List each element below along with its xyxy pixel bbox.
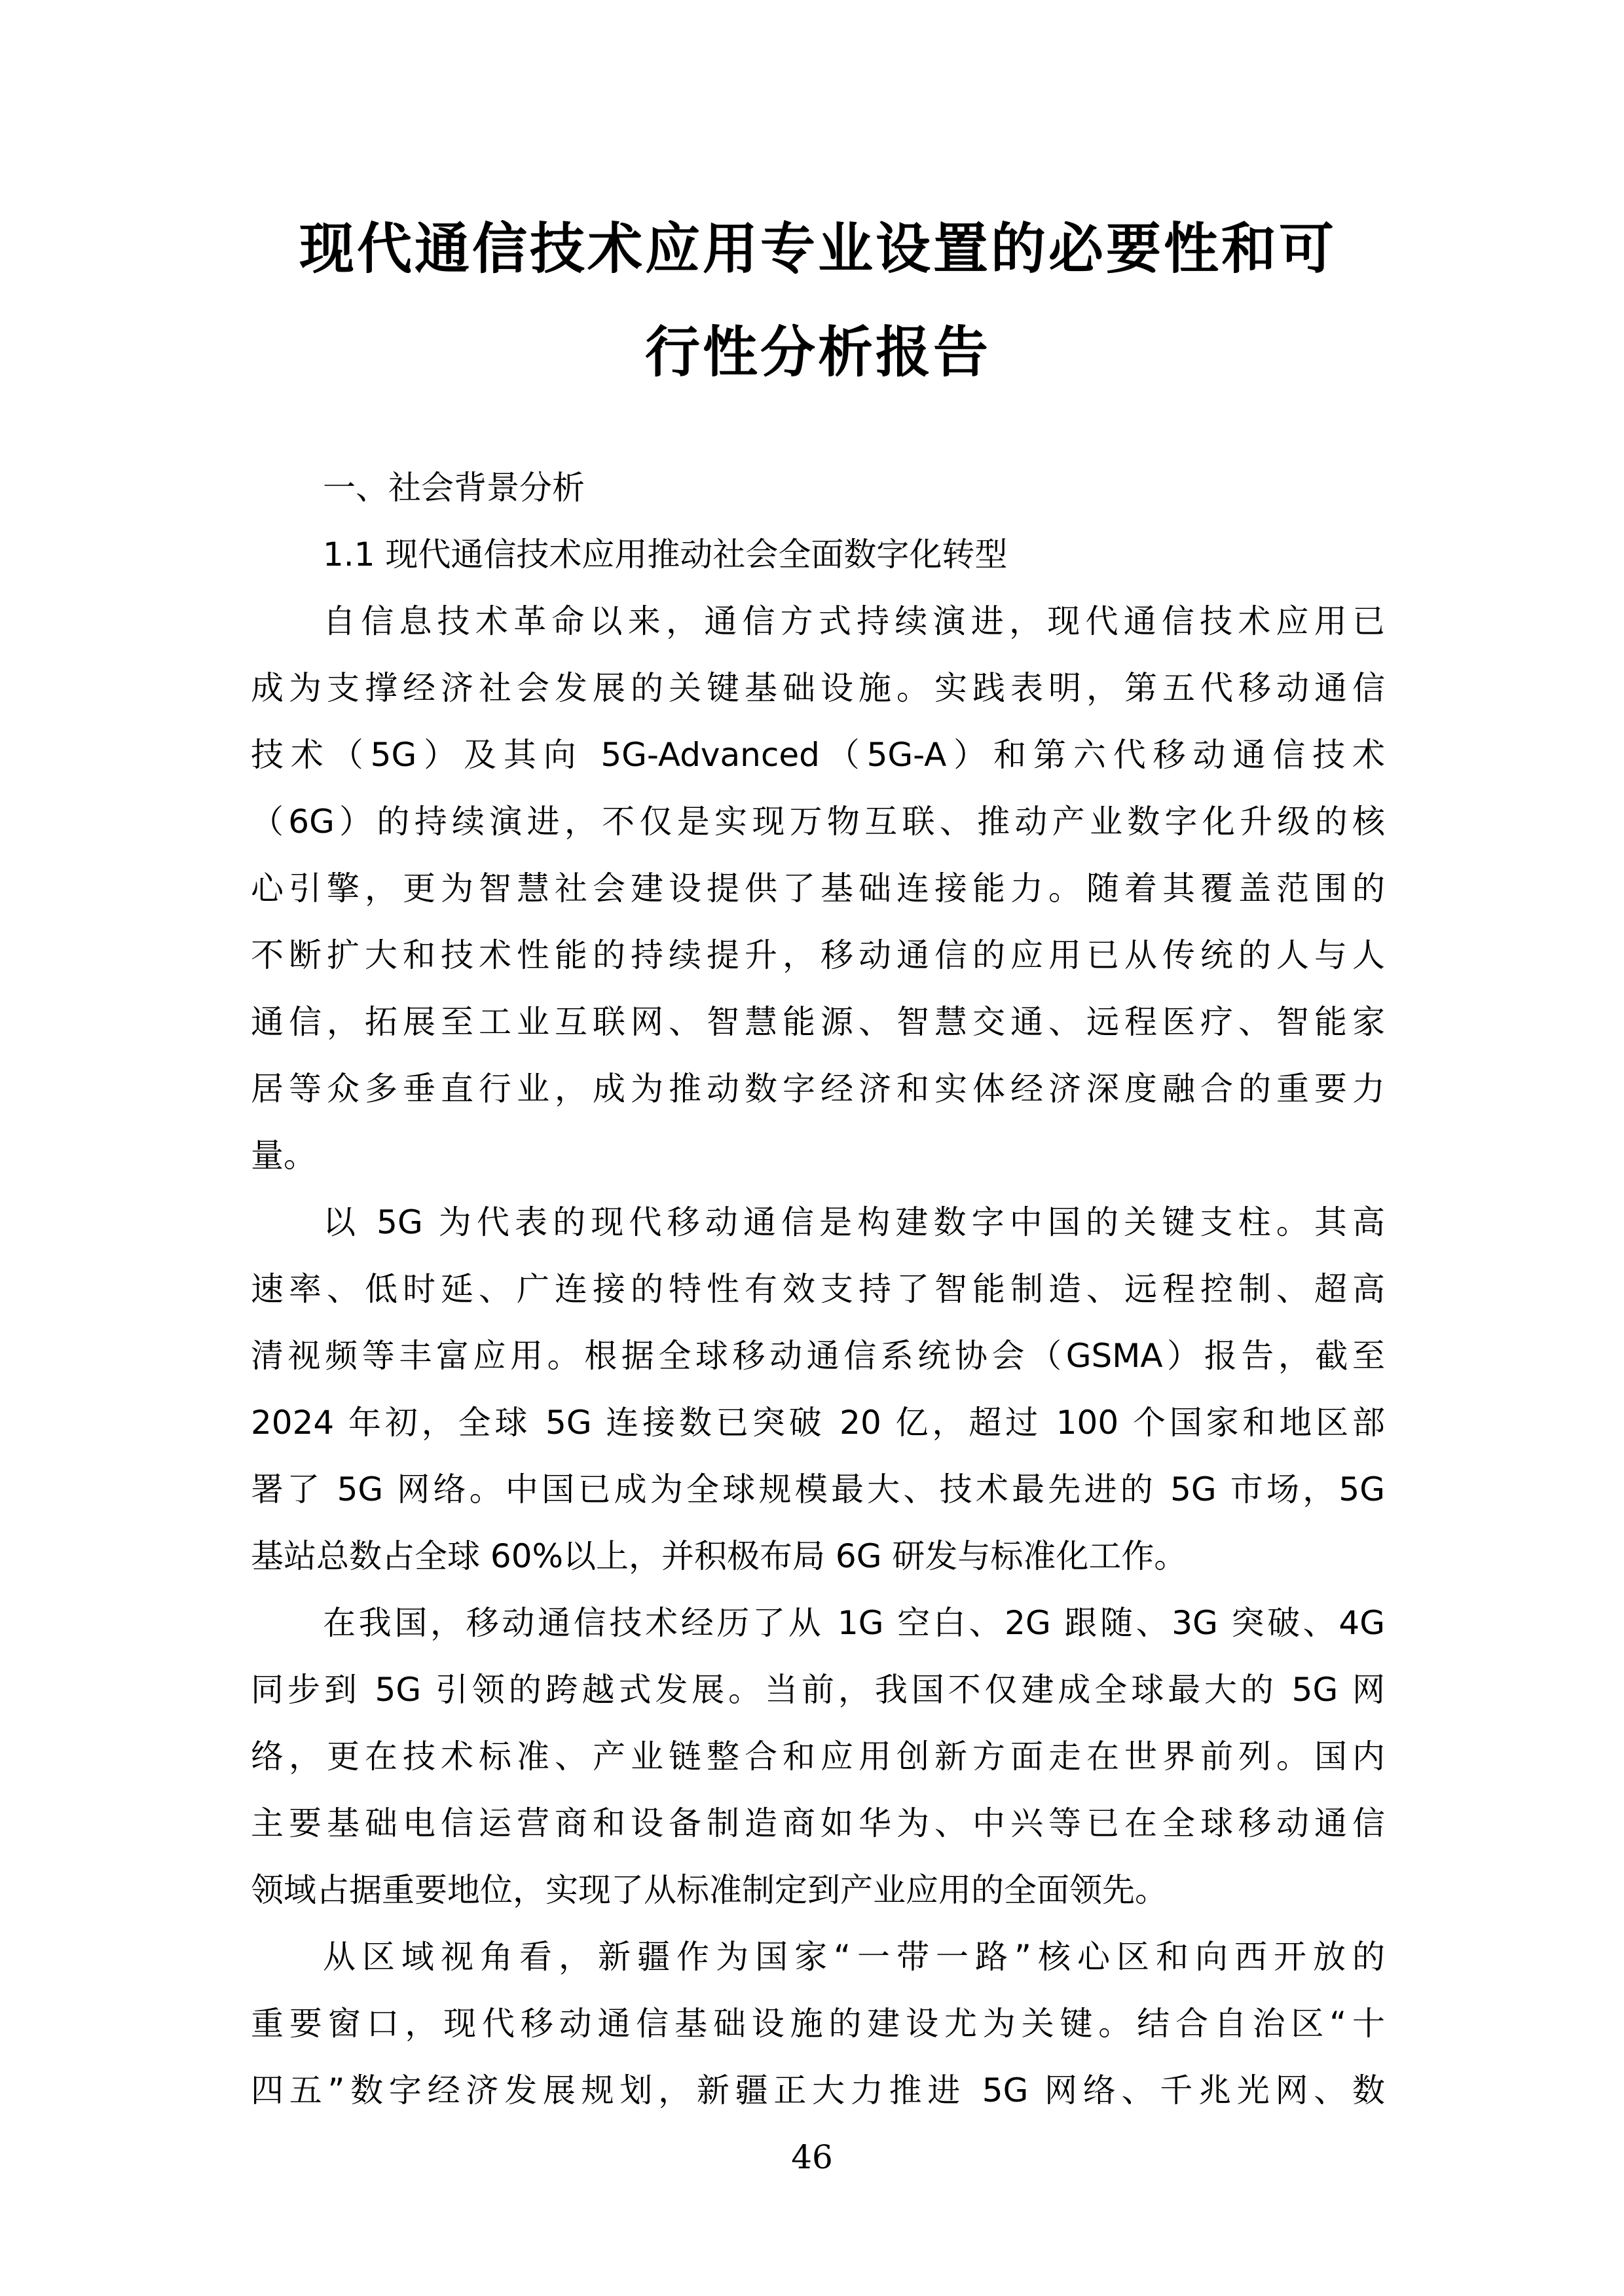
section-heading: 一、社会背景分析 — [251, 468, 1385, 507]
paragraph-3-line-1: 在我国，移动通信技术经历了从 1G 空白、2G 跟随、3G 突破、4G — [251, 1603, 1385, 1643]
paragraph-1-line-1: 自信息技术革命以来，通信方式持续演进，现代通信技术应用已 — [251, 602, 1385, 641]
paragraph-2-line-1: 以 5G 为代表的现代移动通信是构建数字中国的关键支柱。其高 — [251, 1203, 1385, 1242]
paragraph-2-line-2: 速率、低时延、广连接的特性有效支持了智能制造、远程控制、超高 — [251, 1269, 1385, 1309]
paragraph-1-line-4: （6G）的持续演进，不仅是实现万物互联、推动产业数字化升级的核 — [251, 802, 1385, 841]
paragraph-3-line-4: 主要基础电信运营商和设备制造商如华为、中兴等已在全球移动通信 — [251, 1804, 1385, 1843]
paragraph-1-line-6: 不断扩大和技术性能的持续提升，移动通信的应用已从传统的人与人 — [251, 936, 1385, 975]
paragraph-1-line-9: 量。 — [251, 1136, 1385, 1175]
paragraph-1-line-2: 成为支撑经济社会发展的关键基础设施。实践表明，第五代移动通信 — [251, 668, 1385, 708]
paragraph-3-line-2: 同步到 5G 引领的跨越式发展。当前，我国不仅建成全球最大的 5G 网 — [251, 1670, 1385, 1709]
page-number: 46 — [0, 2138, 1624, 2177]
paragraph-2-line-4: 2024 年初，全球 5G 连接数已突破 20 亿，超过 100 个国家和地区部 — [251, 1403, 1385, 1442]
paragraph-4-line-2: 重要窗口，现代移动通信基础设施的建设尤为关键。结合自治区“十 — [251, 2004, 1385, 2043]
paragraph-1-line-7: 通信，拓展至工业互联网、智慧能源、智慧交通、远程医疗、智能家 — [251, 1002, 1385, 1042]
paragraph-3-line-3: 络，更在技术标准、产业链整合和应用创新方面走在世界前列。国内 — [251, 1737, 1385, 1776]
paragraph-4-line-1: 从区域视角看，新疆作为国家“一带一路”核心区和向西开放的 — [251, 1937, 1385, 1977]
subsection-heading: 1.1 现代通信技术应用推动社会全面数字化转型 — [251, 535, 1385, 574]
paragraph-1-line-5: 心引擎，更为智慧社会建设提供了基础连接能力。随着其覆盖范围的 — [251, 869, 1385, 908]
document-title-line-2: 行性分析报告 — [251, 319, 1385, 385]
paragraph-4-line-3: 四五”数字经济发展规划，新疆正大力推进 5G 网络、千兆光网、数 — [251, 2071, 1385, 2110]
paragraph-3-line-5: 领域占据重要地位，实现了从标准制定到产业应用的全面领先。 — [251, 1870, 1385, 1910]
paragraph-1-line-8: 居等众多垂直行业，成为推动数字经济和实体经济深度融合的重要力 — [251, 1069, 1385, 1108]
paragraph-1-line-3: 技术（5G）及其向 5G-Advanced（5G-A）和第六代移动通信技术 — [251, 735, 1385, 774]
paragraph-2-line-5: 署了 5G 网络。中国已成为全球规模最大、技术最先进的 5G 市场，5G — [251, 1470, 1385, 1509]
document-title-line-1: 现代通信技术应用专业设置的必要性和可 — [251, 216, 1385, 282]
paragraph-2-line-6: 基站总数占全球 60%以上，并积极布局 6G 研发与标准化工作。 — [251, 1537, 1385, 1576]
paragraph-2-line-3: 清视频等丰富应用。根据全球移动通信系统协会（GSMA）报告，截至 — [251, 1336, 1385, 1376]
